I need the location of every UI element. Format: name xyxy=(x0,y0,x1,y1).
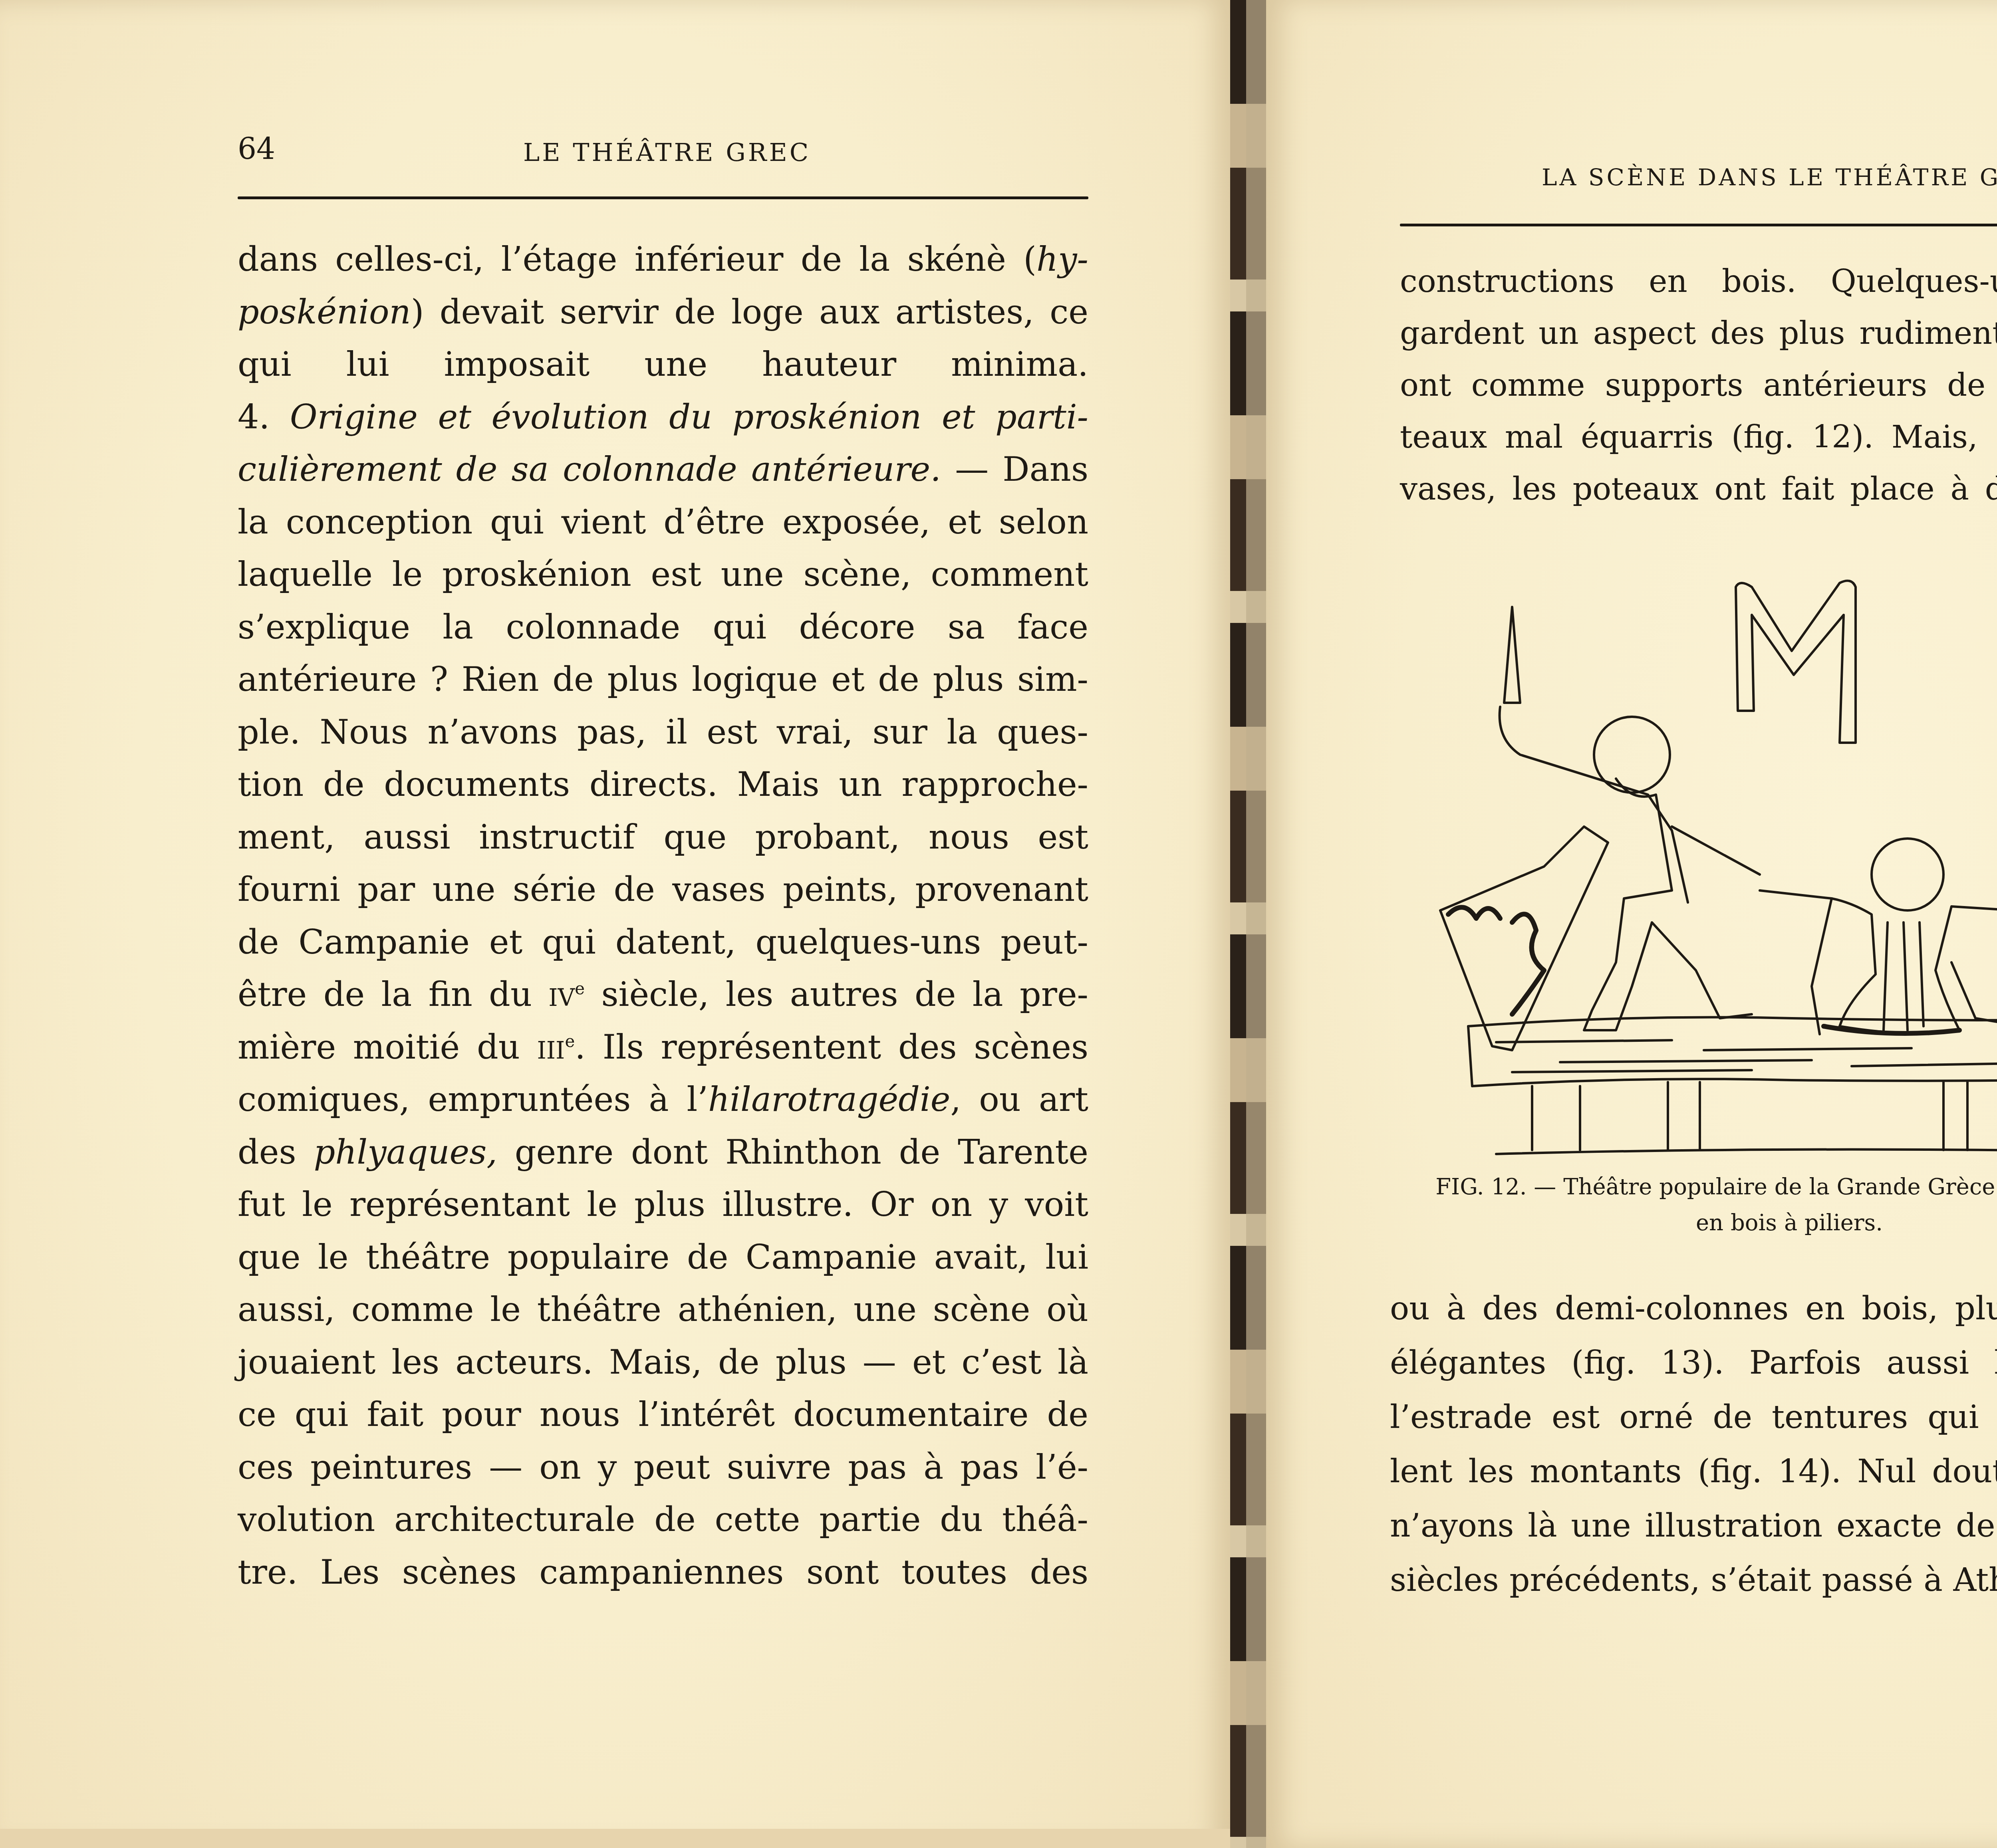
text-line: s’explique la colonnade qui décore sa fa… xyxy=(238,607,1088,646)
text-line: fut le représentant le plus illustre. Or… xyxy=(238,1185,1088,1224)
text-line: des phlyaques, genre dont Rhinthon de Ta… xyxy=(238,1132,1088,1172)
text-line: être de la fin du ive siècle, les autres… xyxy=(238,975,1088,1014)
figure-12-illustration xyxy=(1392,571,1997,1158)
text-line: que le théâtre populaire de Campanie ava… xyxy=(238,1237,1088,1277)
text-line: qui lui imposait une hauteur minima. xyxy=(238,345,1088,384)
text-line: antérieure ? Rien de plus logique et de … xyxy=(238,660,1088,699)
running-head-right: LA SCÈNE DANS LE THÉÂTRE GREC xyxy=(1542,164,1997,191)
text-line: ment, aussi instructif que probant, nous… xyxy=(238,817,1088,857)
header-rule-right xyxy=(1400,224,1997,226)
theatre-scene-drawing xyxy=(1392,571,1997,1158)
text-line: n’ayons là une illustration exacte de ce… xyxy=(1390,1507,1997,1544)
page-edge-bottom xyxy=(0,1829,1230,1848)
header-rule-left xyxy=(238,196,1088,199)
page-number-left: 64 xyxy=(238,132,275,166)
text-line: ces peintures — on y peut suivre pas à p… xyxy=(238,1447,1088,1487)
text-line: ple. Nous n’avons pas, il est vrai, sur … xyxy=(238,712,1088,751)
text-line: volution architecturale de cette partie … xyxy=(238,1500,1088,1539)
figure-caption-line2: en bois à piliers. xyxy=(1390,1210,1997,1236)
text-line: tre. Les scènes campaniennes sont toutes… xyxy=(238,1553,1088,1592)
text-line: aussi, comme le théâtre athénien, une sc… xyxy=(238,1290,1088,1329)
text-line: jouaient les acteurs. Mais, de plus — et… xyxy=(238,1342,1088,1382)
gutter-binding xyxy=(1246,0,1266,1848)
text-line: ou à des demi-colonnes en bois, plus ou … xyxy=(1390,1290,1997,1327)
text-line: gardent un aspect des plus rudimentaires… xyxy=(1400,315,1997,351)
text-line: siècles précédents, s’était passé à Athè… xyxy=(1390,1561,1997,1598)
figure-label: FIG. 12. xyxy=(1435,1174,1527,1200)
text-line: l’estrade est orné de tentures qui en di… xyxy=(1390,1398,1997,1436)
text-line: culièrement de sa colonnade antérieure. … xyxy=(238,450,1088,489)
text-line: vases, les poteaux ont fait place à des … xyxy=(1400,471,1997,507)
text-line: lent les montants (fig. 14). Nul doute q… xyxy=(1390,1453,1997,1490)
text-line: de Campanie et qui datent, quelques-uns … xyxy=(238,922,1088,962)
text-line: laquelle le proskénion est une scène, co… xyxy=(238,555,1088,594)
text-line: comiques, empruntées à l’hilarotragédie,… xyxy=(238,1080,1088,1119)
text-line: ce qui fait pour nous l’intérêt document… xyxy=(238,1395,1088,1434)
text-line: dans celles-ci, l’étage inférieur de la … xyxy=(238,240,1088,279)
text-line: poskénion) devait servir de loge aux art… xyxy=(238,292,1088,331)
text-line: la conception qui vient d’être exposée, … xyxy=(238,502,1088,541)
text-line: mière moitié du iiie. Ils représentent d… xyxy=(238,1027,1088,1067)
figure-caption: FIG. 12. — Théâtre populaire de la Grand… xyxy=(1390,1174,1997,1200)
running-head-left: LE THÉÂTRE GREC xyxy=(523,138,811,167)
text-line: constructions en bois. Quelques-unes mêm… xyxy=(1400,264,1997,299)
text-line: teaux mal équarris (fig. 12). Mais, sur … xyxy=(1400,419,1997,455)
text-line: élégantes (fig. 13). Parfois aussi le fr… xyxy=(1390,1344,1997,1381)
text-line: fourni par une série de vases peints, pr… xyxy=(238,870,1088,909)
text-line: ont comme supports antérieurs de simples… xyxy=(1400,367,1997,403)
text-line: tion de documents directs. Mais un rappr… xyxy=(238,765,1088,804)
text-line: 4. Origine et évolution du proskénion et… xyxy=(238,397,1088,436)
figure-caption-line1: — Théâtre populaire de la Grande Grèce :… xyxy=(1527,1174,1997,1200)
